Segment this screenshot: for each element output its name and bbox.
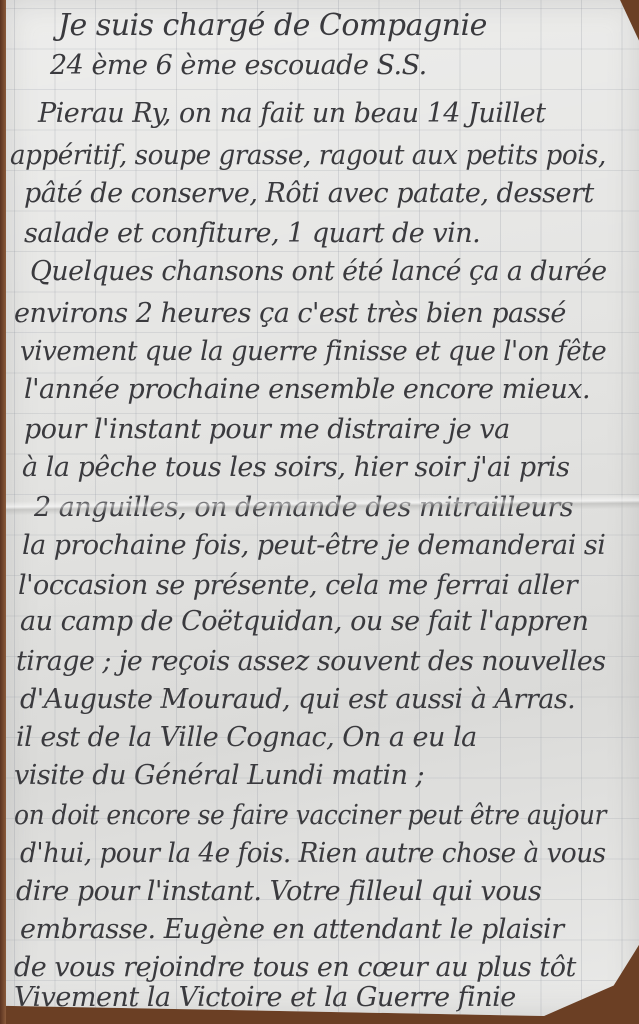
letter-line: d'Auguste Mouraud, qui est aussi à Arras… [20,684,575,715]
letter-line: salade et confiture, 1 quart de vin. [24,218,480,249]
letter-line: vivement que la guerre finisse et que l'… [20,336,606,367]
letter-line: Vivement la Victoire et la Guerre finie [14,982,516,1013]
table-background-edge [0,0,6,1024]
letter-line: l'occasion se présente, cela me ferrai a… [18,570,577,601]
letter-line: environs 2 heures ça c'est très bien pas… [14,298,566,329]
letter-line: il est de la Ville Cognac, On a eu la [16,722,477,753]
letter-line: on doit encore se faire vacciner peut êt… [14,800,606,831]
letter-line: tirage ; je reçois assez souvent des nou… [16,646,606,677]
letter-line: la prochaine fois, peut-être je demander… [22,530,605,561]
letter-line: dire pour l'instant. Votre filleul qui v… [16,876,541,907]
letter-line: de vous rejoindre tous en cœur au plus t… [14,952,576,983]
letter-line: à la pêche tous les soirs, hier soir j'a… [22,452,570,483]
letter-line: embrasse. Eugène en attendant le plaisir [20,914,564,945]
letter-line: Pierau Ry, on na fait un beau 14 Juillet [38,98,545,129]
letter-line: au camp de Coëtquidan, ou se fait l'appr… [20,606,588,637]
letter-line: visite du Général Lundi matin ; [14,760,424,791]
letter-line: appéritif, soupe grasse, ragout aux peti… [10,140,606,171]
letter-line: pour l'instant pour me distraire je va [24,414,510,445]
letter-line: d'hui, pour la 4e fois. Rien autre chose… [20,838,606,869]
letter-line: 2 anguilles, on demande des mitrailleurs [34,492,573,523]
header-line-1: Je suis chargé de Compagnie [58,8,487,43]
letter-line: l'année prochaine ensemble encore mieux. [24,374,590,405]
letter-page: Je suis chargé de Compagnie 24 ème 6 ème… [6,0,639,1016]
header-line-2: 24 ème 6 ème escouade S.S. [50,50,427,81]
letter-line: Quelques chansons ont été lancé ça a dur… [30,256,607,287]
letter-line: pâté de conserve, Rôti avec patate, dess… [24,178,594,209]
